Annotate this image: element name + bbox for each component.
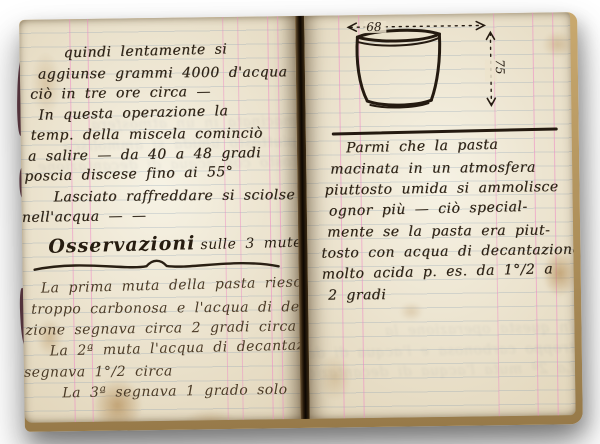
handwriting-line: Parmi che la pasta [346, 133, 572, 159]
handwriting-line: La prima muta della pasta riescì [41, 272, 299, 299]
handwriting-line: 2 gradi [328, 283, 574, 306]
cup-outline [357, 30, 441, 108]
right-page-content: 68 75 Parmi che la pasta macinata in un … [304, 12, 576, 419]
height-dimension-label: 75 [493, 59, 507, 74]
beaker-sketch: 68 75 [342, 19, 513, 129]
handwriting-line: ognor più — ciò special- [329, 196, 573, 223]
notebook: macinata in un atmosfera piuttosto umida… [19, 12, 583, 432]
paragraph: Parmi che la pasta macinata in un atmosf… [306, 135, 574, 307]
photo-background: macinata in un atmosfera piuttosto umida… [0, 0, 600, 444]
paragraph: quindi lentamente si aggiunse grammi 400… [19, 40, 298, 228]
handwriting-line: nell'acqua — — [22, 204, 298, 229]
section-heading: Osservazioni sulle 3 mute [48, 227, 299, 259]
paragraph: La prima muta della pasta riescì troppo … [23, 275, 301, 405]
right-page: In questa operazione la troppo carbonosa… [304, 12, 576, 419]
handwriting-line: La 3ª segnava 1 grado solo [62, 379, 300, 404]
handwriting-line: molto acida p. es. da 1°/2 a [321, 259, 573, 286]
arrowhead-down-icon [487, 98, 495, 105]
left-page: macinata in un atmosfera piuttosto umida… [19, 16, 301, 423]
left-page-content: quindi lentamente si aggiunse grammi 400… [19, 16, 301, 423]
heading-main-text: Osservazioni [48, 232, 196, 258]
handwriting-line: quindi lentamente si [63, 38, 295, 64]
width-dimension-label: 68 [366, 20, 382, 34]
heading-rest-text: sulle 3 mute [200, 234, 300, 252]
